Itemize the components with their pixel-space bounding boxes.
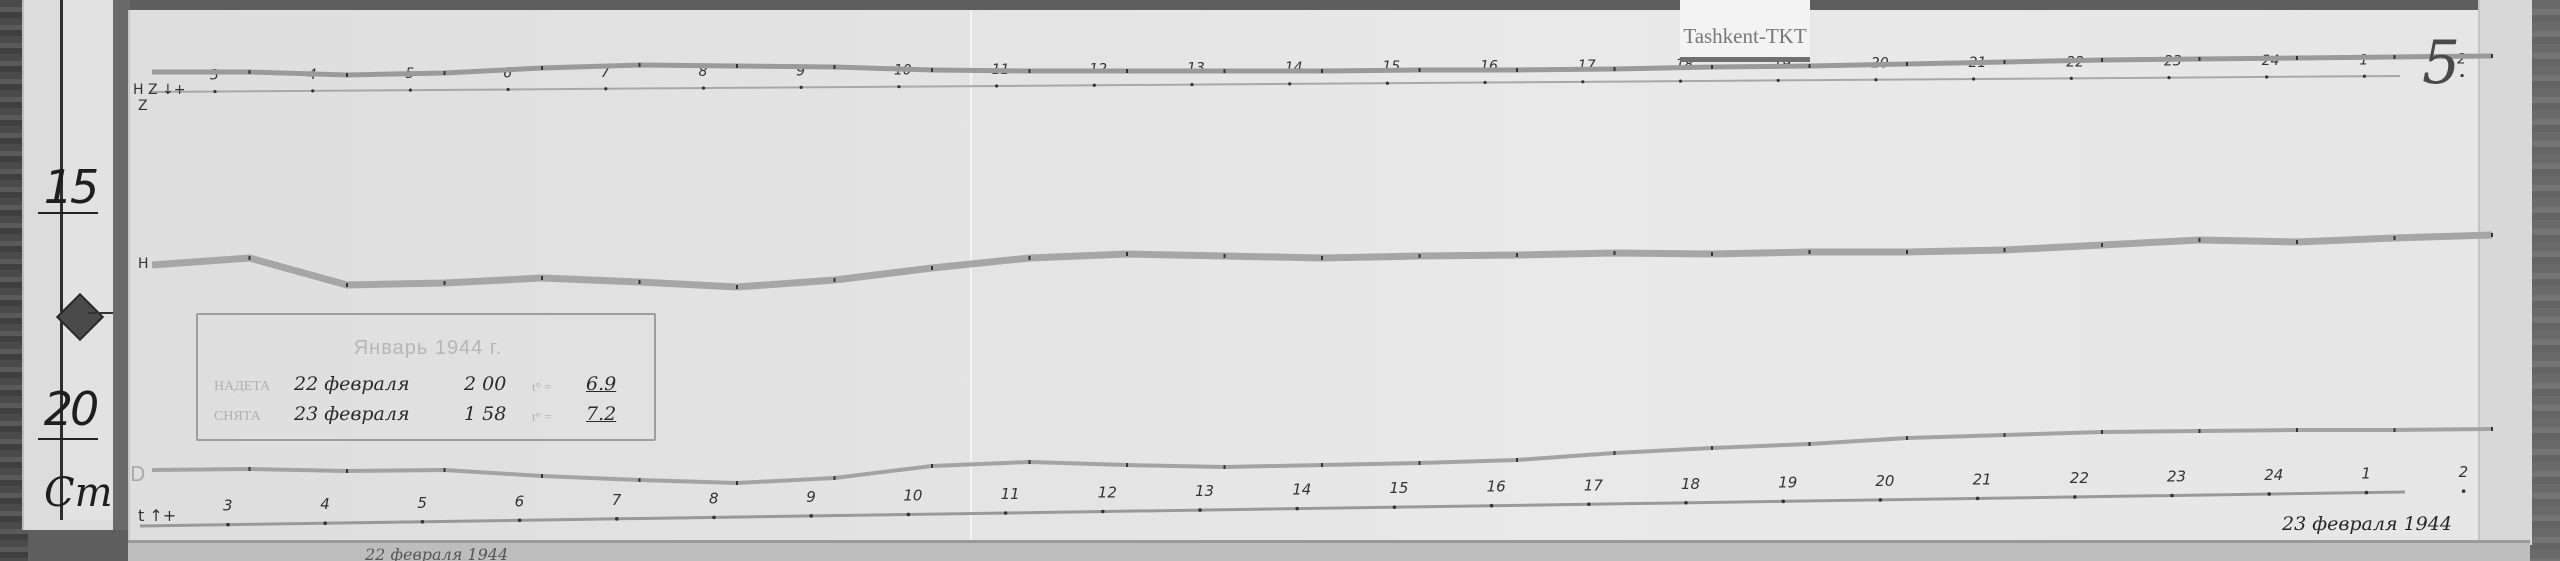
svg-text:24: 24 (2264, 466, 2283, 484)
svg-text:9: 9 (806, 488, 816, 506)
removed-temp-label: t° = (532, 409, 551, 425)
svg-text:19: 19 (1778, 473, 1797, 491)
svg-text:1: 1 (2361, 465, 2371, 483)
svg-text:3: 3 (223, 497, 233, 515)
removed-label: СНЯТА (214, 409, 261, 425)
info-row-removed: СНЯТА 23 февраля 1 58 t° = 7.2 (214, 405, 644, 429)
svg-text:24: 24 (2262, 53, 2280, 69)
svg-text:13: 13 (1195, 482, 1214, 500)
bottom-baseline (140, 492, 2405, 526)
svg-text:22: 22 (2070, 469, 2089, 487)
installed-temp-label: t° = (532, 379, 551, 395)
svg-text:15: 15 (1389, 479, 1408, 497)
info-row-installed: НАДЕТА 22 февраля 2 00 t° = 6.9 (214, 375, 644, 399)
station-label: Tashkent-TKT (1680, 0, 1810, 62)
removed-temp: 7.2 (586, 403, 616, 425)
svg-text:21: 21 (1973, 470, 1992, 488)
top-axis-label: H Z ↓+ (133, 82, 185, 98)
h-label: H (138, 256, 149, 272)
info-box: Январь 1944 г. НАДЕТА 22 февраля 2 00 t°… (196, 313, 656, 441)
svg-text:23: 23 (2167, 467, 2186, 485)
installed-label: НАДЕТА (214, 379, 270, 395)
svg-text:7: 7 (612, 491, 622, 509)
svg-text:17: 17 (1584, 476, 1604, 494)
removed-time: 1 58 (464, 403, 506, 425)
svg-text:4: 4 (320, 495, 330, 513)
svg-text:14: 14 (1292, 481, 1311, 499)
installed-temp: 6.9 (586, 373, 616, 395)
svg-text:18: 18 (1681, 475, 1700, 493)
svg-text:12: 12 (1098, 484, 1117, 502)
footer-date-left: 22 февраля 1944 (365, 545, 508, 561)
installed-time: 2 00 (464, 373, 506, 395)
footer-date-right: 23 февраля 1944 (2282, 513, 2452, 535)
svg-text:5: 5 (417, 494, 427, 512)
svg-text:10: 10 (903, 486, 922, 504)
svg-text:8: 8 (709, 489, 719, 507)
svg-text:6: 6 (515, 492, 525, 510)
svg-text:11: 11 (1001, 485, 1020, 503)
sheet-number: 5 (2422, 28, 2460, 98)
bottom-axis-label: t ↑+ (138, 506, 176, 525)
removed-date: 23 февраля (294, 403, 410, 425)
svg-text:20: 20 (1875, 472, 1894, 490)
z-label: Z (138, 98, 148, 114)
installed-date: 22 февраля (294, 373, 410, 395)
d-label: D (130, 462, 145, 486)
svg-text:1: 1 (2359, 52, 2368, 68)
svg-text:2: 2 (2459, 463, 2469, 481)
series-h-trace (152, 235, 2492, 287)
magnetogram-chart: 345678910111213141516171819202122232412 … (0, 0, 2560, 561)
svg-text:16: 16 (1487, 478, 1506, 496)
info-title: Январь 1944 г. (198, 337, 658, 360)
top-baseline (150, 76, 2400, 92)
